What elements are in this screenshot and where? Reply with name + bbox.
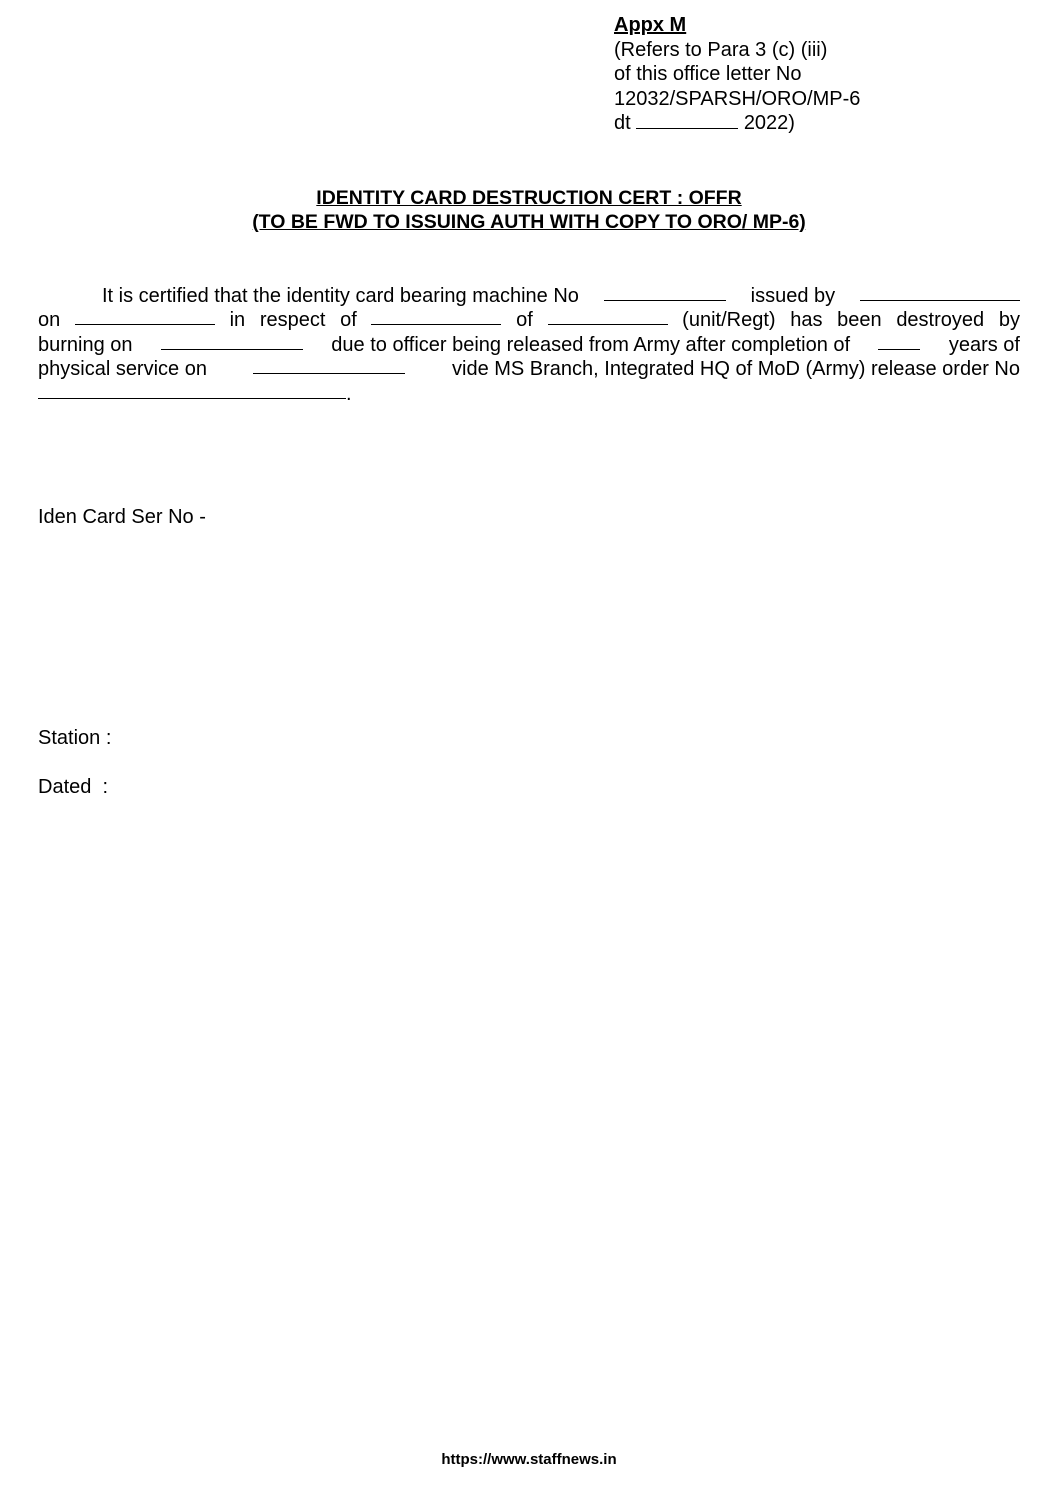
cert-text: It is certified that the identity card b… <box>102 284 579 308</box>
reference-line-1: (Refers to Para 3 (c) (iii) <box>614 38 860 63</box>
cert-text: in <box>230 308 246 332</box>
cert-text: burning on <box>38 333 133 357</box>
unit-regt-blank[interactable] <box>548 308 668 325</box>
cert-text: of <box>340 308 357 332</box>
reference-line-2: of this office letter No <box>614 62 860 87</box>
footer-url[interactable]: https://www.staffnews.in <box>0 1451 1058 1468</box>
cert-text: vide MS Branch, Integrated HQ of MoD (Ar… <box>452 357 1020 381</box>
certificate-paragraph: It is certified that the identity card b… <box>38 284 1020 406</box>
cert-text: been <box>837 308 882 332</box>
issued-by-blank[interactable] <box>860 284 1020 301</box>
cert-text: years of <box>949 333 1020 357</box>
cert-text: has <box>790 308 822 332</box>
appendix-label: Appx M <box>614 13 860 38</box>
issue-date-blank[interactable] <box>75 308 215 325</box>
title-line-2: (TO BE FWD TO ISSUING AUTH WITH COPY TO … <box>0 210 1058 234</box>
burning-date-blank[interactable] <box>161 333 303 350</box>
cert-text: due to officer being released from Army … <box>331 333 850 357</box>
appendix-reference-block: Appx M (Refers to Para 3 (c) (iii) of th… <box>614 13 860 136</box>
cert-line-1: It is certified that the identity card b… <box>38 284 1020 308</box>
cert-line-4: physical service on vide MS Branch, Inte… <box>38 357 1020 381</box>
dated-label: Dated : <box>38 776 108 799</box>
cert-text: destroyed <box>896 308 984 332</box>
years-blank[interactable] <box>878 333 920 350</box>
date-year: 2022) <box>744 112 795 134</box>
date-prefix: dt <box>614 112 631 134</box>
cert-text: issued by <box>751 284 836 308</box>
service-date-blank[interactable] <box>253 357 405 374</box>
title-line-1: IDENTITY CARD DESTRUCTION CERT : OFFR <box>0 186 1058 210</box>
cert-text: by <box>999 308 1020 332</box>
date-blank-field[interactable] <box>636 112 738 129</box>
machine-no-blank[interactable] <box>604 284 726 301</box>
cert-line-5: . <box>38 382 1020 406</box>
iden-card-ser-no-label: Iden Card Ser No - <box>38 506 206 529</box>
station-label: Station : <box>38 727 111 750</box>
reference-date-line: dt 2022) <box>614 111 860 136</box>
cert-text: respect <box>260 308 326 332</box>
document-title: IDENTITY CARD DESTRUCTION CERT : OFFR (T… <box>0 186 1058 234</box>
cert-text: on <box>38 308 60 332</box>
cert-text: (unit/Regt) <box>682 308 775 332</box>
cert-text: . <box>346 382 352 406</box>
cert-text: physical service on <box>38 357 207 381</box>
officer-name-blank[interactable] <box>371 308 501 325</box>
reference-line-3: 12032/SPARSH/ORO/MP-6 <box>614 87 860 112</box>
cert-text: of <box>516 308 533 332</box>
release-order-no-blank[interactable] <box>38 382 346 399</box>
cert-line-3: burning on due to officer being released… <box>38 333 1020 357</box>
cert-line-2: on in respect of of (unit/Regt) has been… <box>38 308 1020 332</box>
